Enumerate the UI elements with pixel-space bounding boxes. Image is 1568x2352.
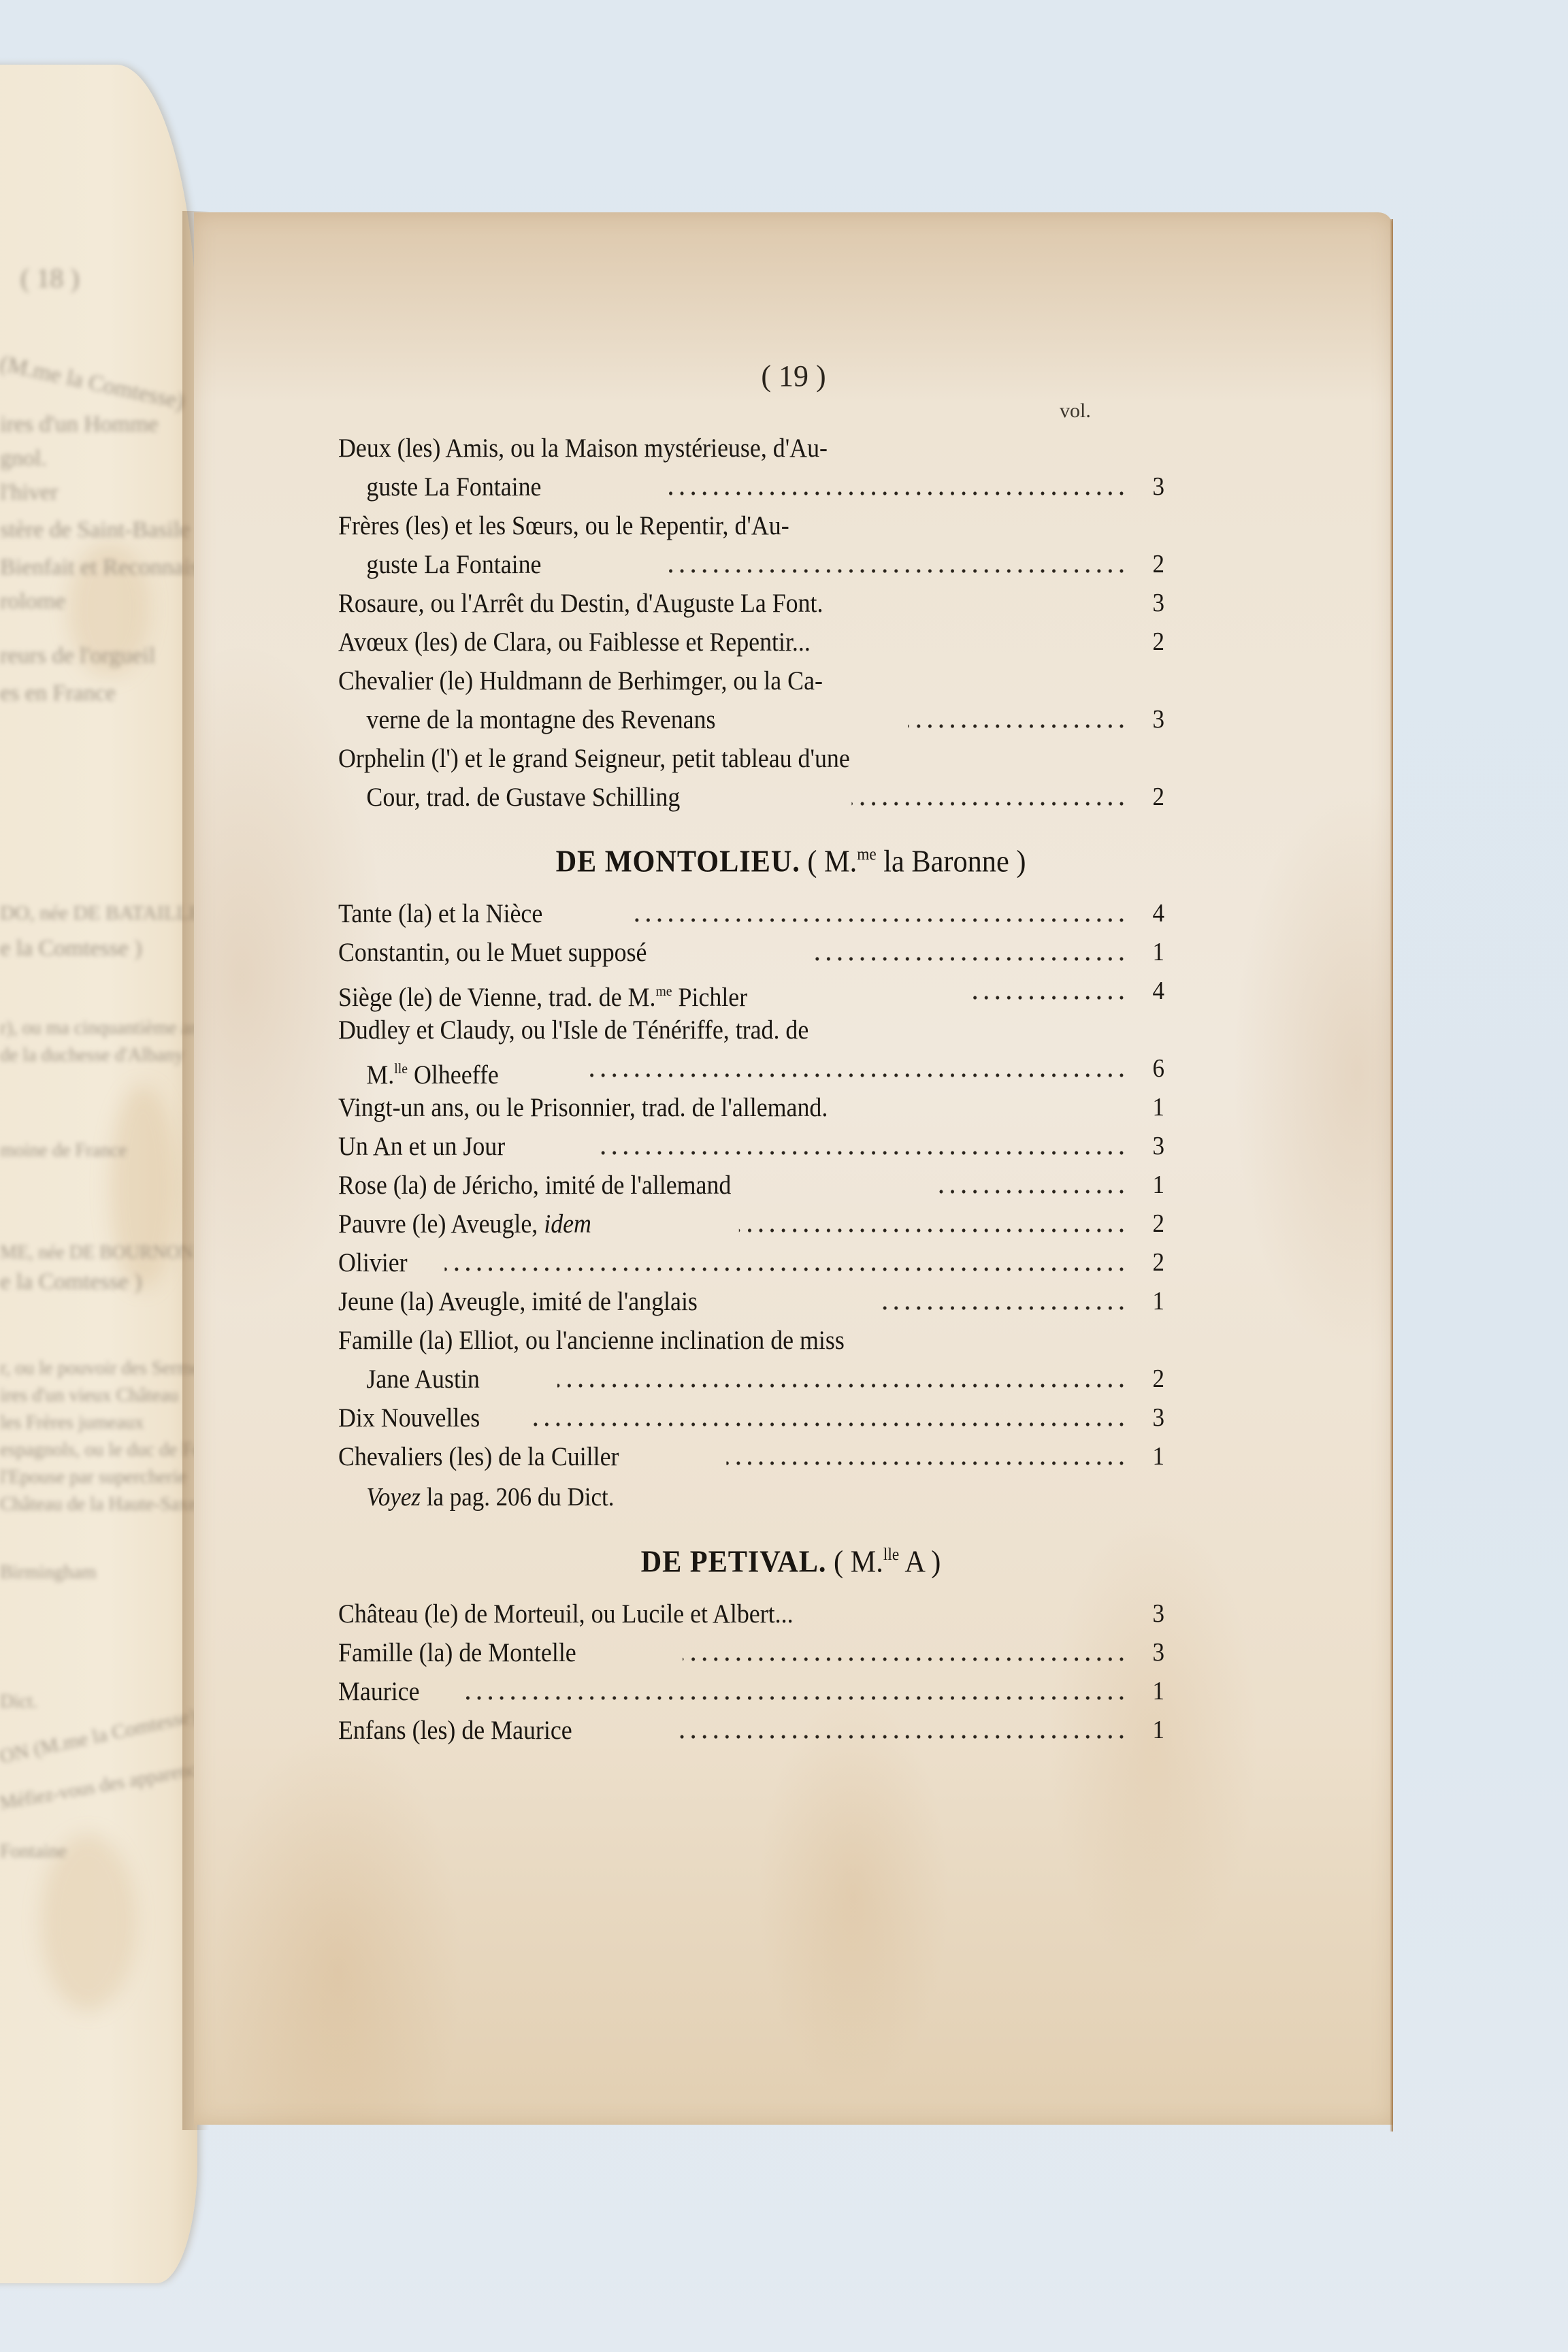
vol-count: 3 <box>1146 1127 1171 1166</box>
entry-line: verne de la montagne des Revenans3 <box>338 700 1171 739</box>
entry-line: Chevalier (le) Huldmann de Berhimger, ou… <box>338 661 1171 700</box>
entry-line: Tante (la) et la Nièce4 <box>338 894 1171 933</box>
entry-line: guste La Fontaine2 <box>338 545 1171 584</box>
facing-fragment: ires d'un Homme <box>0 412 197 438</box>
entry-line: Siège (le) de Vienne, trad. de M.me Pich… <box>338 972 1171 1011</box>
page-edge <box>1390 219 1393 2131</box>
section-heading-petival: DE PETIVAL. ( M.lle A ) <box>374 1517 1207 1582</box>
catalog-entries: Deux (les) Amis, ou la Maison mystérieus… <box>338 429 1243 1750</box>
vol-count: 3 <box>1146 468 1171 506</box>
vol-count: 2 <box>1146 545 1171 584</box>
book-page-19: ( 19 ) vol. Deux (les) Amis, ou la Maiso… <box>194 212 1393 2125</box>
entry-line: M.lle Olheeffe6 <box>338 1049 1171 1088</box>
entry-line: Maurice1 <box>338 1672 1171 1711</box>
facing-fragment: Bienfait et Reconnaissance <box>0 555 197 581</box>
vol-count: 1 <box>1146 1672 1171 1711</box>
vol-count: 2 <box>1146 1360 1171 1399</box>
facing-fragment: r), ou ma cinquantième année, <box>0 1017 197 1039</box>
page-number: ( 19 ) <box>194 359 1393 393</box>
facing-fragment: Birmingham <box>0 1562 197 1584</box>
facing-fragment: espagnols, ou le duc de Ferrara. <box>0 1439 197 1461</box>
facing-fragment: Château de la Haute-Saxe <box>0 1494 197 1516</box>
facing-fragment: les Frères jumeaux <box>0 1412 197 1434</box>
facing-page-left: ( 18 ) (M.me la Comtesse) ires d'un Homm… <box>0 65 197 2283</box>
entry-line: Constantin, ou le Muet supposé1 <box>338 933 1171 972</box>
vol-count: 3 <box>1146 1399 1171 1437</box>
vol-count: 1 <box>1146 1711 1171 1750</box>
entry-line: Orphelin (l') et le grand Seigneur, peti… <box>338 739 1171 778</box>
entry-line: Un An et un Jour3 <box>338 1127 1171 1166</box>
facing-fragment: Fontaine <box>0 1841 197 1863</box>
vol-count: 1 <box>1146 1437 1171 1476</box>
vol-count: 4 <box>1146 972 1171 1011</box>
vol-count: 2 <box>1146 1243 1171 1282</box>
vol-column-label: vol. <box>1060 399 1091 423</box>
facing-fragment: ME, née DE BOURNON <box>0 1242 197 1264</box>
vol-count: 2 <box>1146 778 1171 817</box>
facing-fragment: r, ou le pouvoir des Sermens. <box>0 1358 197 1379</box>
vol-count: 1 <box>1146 1166 1171 1205</box>
facing-fragment: l'hiver <box>0 480 197 506</box>
facing-fragment: es en France <box>0 681 197 706</box>
entry-line: Rosaure, ou l'Arrêt du Destin, d'Auguste… <box>338 584 1171 623</box>
vol-count: 3 <box>1146 700 1171 739</box>
facing-fragment: l'Epouse par supercherie <box>0 1467 197 1488</box>
facing-fragment: ON (M.me la Comtesse) <box>0 1703 197 1769</box>
vol-count: 1 <box>1146 933 1171 972</box>
vol-count: 1 <box>1146 1088 1171 1127</box>
entry-line: Pauvre (le) Aveugle, idem2 <box>338 1205 1171 1243</box>
facing-fragment: e la Comtesse ) <box>0 1269 197 1295</box>
facing-fragment: de la duchesse d'Albany <box>0 1045 197 1066</box>
facing-fragment: reurs de l'orgueil <box>0 643 197 669</box>
entry-line: Château (le) de Morteuil, ou Lucile et A… <box>338 1595 1171 1633</box>
entry-line: Cour, trad. de Gustave Schilling2 <box>338 778 1171 817</box>
facing-fragment: (M.me la Comtesse) <box>0 350 197 419</box>
entry-line: Jeune (la) Aveugle, imité de l'anglais1 <box>338 1282 1171 1321</box>
facing-fragment: Méfiez-vous des apparences, <box>0 1758 197 1815</box>
entry-line: Dudley et Claudy, ou l'Isle de Ténériffe… <box>338 1011 1171 1049</box>
vol-count: 3 <box>1146 584 1171 623</box>
facing-fragment: ires d'un vieux Château <box>0 1385 197 1407</box>
vol-count: 2 <box>1146 623 1171 661</box>
vol-count: 6 <box>1146 1049 1171 1088</box>
entry-line: Frères (les) et les Sœurs, ou le Repenti… <box>338 506 1171 545</box>
facing-page-number: ( 18 ) <box>20 262 197 294</box>
section-heading-montolieu: DE MONTOLIEU. ( M.me la Baronne ) <box>374 817 1207 882</box>
vol-count: 4 <box>1146 894 1171 933</box>
vol-count: 1 <box>1146 1282 1171 1321</box>
entry-line: Famille (la) Elliot, ou l'ancienne incli… <box>338 1321 1171 1360</box>
entry-line: Deux (les) Amis, ou la Maison mystérieus… <box>338 429 1171 468</box>
entry-line: Vingt-un ans, ou le Prisonnier, trad. de… <box>338 1088 1171 1127</box>
entry-line: Avœux (les) de Clara, ou Faiblesse et Re… <box>338 623 1171 661</box>
facing-fragment: rolome <box>0 589 197 615</box>
vol-count: 2 <box>1146 1205 1171 1243</box>
entry-line: Dix Nouvelles3 <box>338 1399 1171 1437</box>
entry-line: Enfans (les) de Maurice1 <box>338 1711 1171 1750</box>
entry-line: Jane Austin2 <box>338 1360 1171 1399</box>
entry-line: Famille (la) de Montelle3 <box>338 1633 1171 1672</box>
entry-line: Chevaliers (les) de la Cuiller1 <box>338 1437 1171 1476</box>
facing-fragment: DO, née DE BATAILLE <box>0 902 197 925</box>
entry-line: guste La Fontaine3 <box>338 468 1171 506</box>
facing-fragment: gnol. <box>0 446 197 472</box>
entry-line: Olivier2 <box>338 1243 1171 1282</box>
facing-fragment: e la Comtesse ) <box>0 936 197 962</box>
vol-count: 3 <box>1146 1595 1171 1633</box>
facing-fragment: stère de Saint-Basile <box>0 517 197 543</box>
facing-fragment: moine de France <box>0 1140 197 1162</box>
entry-line: Rose (la) de Jéricho, imité de l'alleman… <box>338 1166 1171 1205</box>
vol-count: 3 <box>1146 1633 1171 1672</box>
cross-reference-note: Voyez la pag. 206 du Dict. <box>338 1476 1171 1517</box>
